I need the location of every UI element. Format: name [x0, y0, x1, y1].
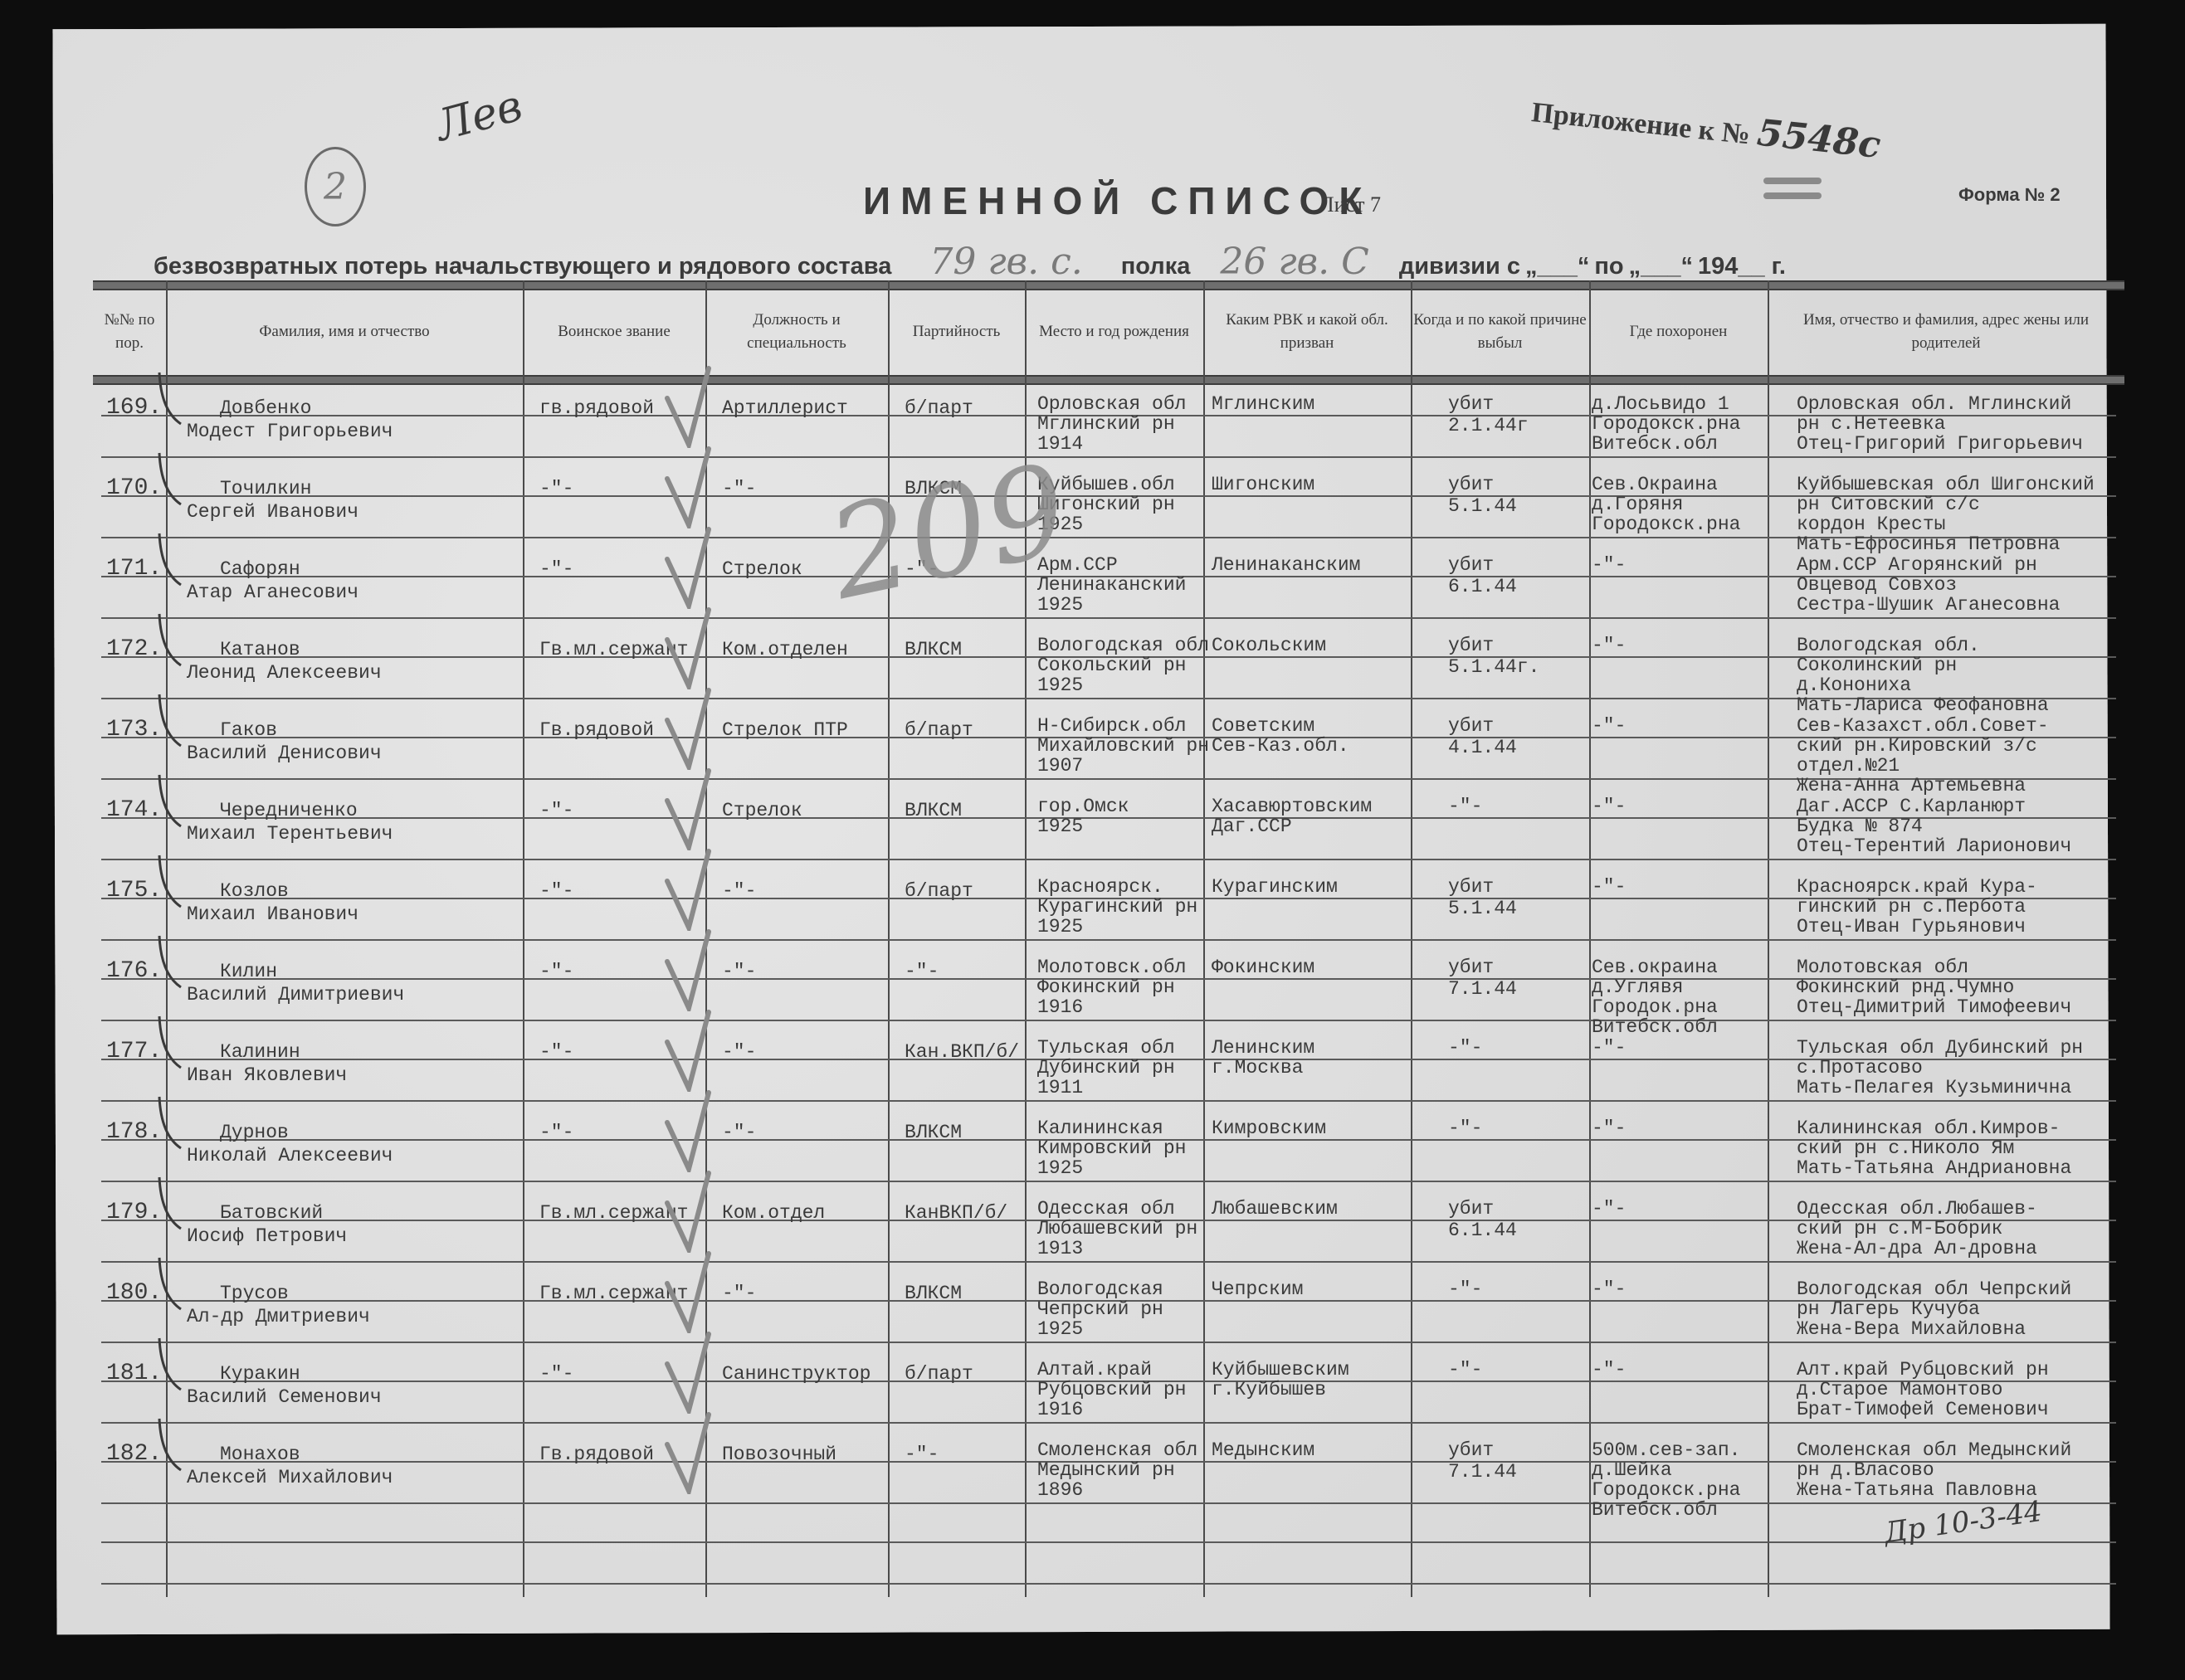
verification-check-mark [664, 848, 712, 931]
relatives-address-line: Соколинский рн [1797, 655, 1957, 675]
row-rule [101, 1502, 2116, 1504]
surname: Гаков [220, 720, 277, 740]
verification-check-mark [664, 526, 712, 609]
date-cause-line: -"- [1448, 1279, 1482, 1299]
given-names: Николай Алексеевич [187, 1146, 393, 1166]
row-rule [101, 1422, 2116, 1424]
surname: Довбенко [220, 398, 311, 418]
surname: Точилкин [220, 479, 311, 499]
relatives-address-line: рн с.Нетеевка [1797, 414, 1945, 434]
date-cause-line: убит [1448, 716, 1494, 736]
row-tick-mark [156, 1174, 189, 1232]
surname: Трусов [220, 1283, 289, 1303]
row-rule [101, 1342, 2116, 1343]
row-tick-mark [156, 369, 189, 427]
burial-place-line: д.Горяня [1592, 494, 1683, 514]
conscription-office-line: Даг.ССР [1212, 816, 1292, 836]
row-number: 177. [106, 1042, 162, 1062]
position: Стрелок [722, 801, 802, 821]
row-rule [101, 1541, 2116, 1543]
burial-place-line: -"- [1592, 716, 1626, 736]
relatives-address-line: д.Старое Мамонтово [1797, 1380, 2002, 1400]
burial-place-line: Сев.Окраина [1592, 475, 1718, 494]
military-rank: -"- [539, 881, 573, 901]
row-number: 179. [106, 1203, 162, 1223]
date-cause-line: убит [1448, 475, 1494, 494]
birth-place-line: 1896 [1037, 1480, 1083, 1500]
position: -"- [722, 1283, 756, 1303]
conscription-office-line: Мглинским [1212, 394, 1314, 414]
relatives-address-line: Сестра-Шушик Аганесовна [1797, 595, 2060, 615]
military-rank: -"- [539, 1042, 573, 1062]
verification-check-mark [664, 1089, 712, 1172]
birth-place-line: 1916 [1037, 997, 1083, 1017]
relatives-address-line: Калининская обл.Кимров- [1797, 1118, 2060, 1138]
given-names: Иосиф Петрович [187, 1226, 347, 1246]
row-number: 178. [106, 1122, 162, 1142]
burial-place-line: -"- [1592, 1360, 1626, 1380]
birth-place-line: 1916 [1037, 1400, 1083, 1419]
birth-place-line: Любашевский рн [1037, 1219, 1197, 1239]
column-header: Воинское звание [523, 289, 705, 375]
relatives-address-line: Мать-Ефросинья Петровна [1797, 534, 2060, 554]
date-cause-line: -"- [1448, 1118, 1482, 1138]
year: 194__ г. [1698, 253, 1786, 280]
conscription-office-line: Хасавюртовским [1212, 796, 1372, 816]
military-rank: -"- [539, 559, 573, 579]
birth-place-line: 1925 [1037, 917, 1083, 937]
position: Артиллерист [722, 398, 848, 418]
conscription-office-line: Шигонским [1212, 475, 1314, 494]
position: -"- [722, 962, 756, 981]
party-affiliation: ВЛКСМ [905, 1283, 962, 1303]
birth-place-line: Медынский рн [1037, 1460, 1175, 1480]
relatives-address-line: Даг.АССР С.Карланюрт [1797, 796, 2026, 816]
column-header: №№ по пор. [93, 289, 166, 375]
row-number: 173. [106, 720, 162, 740]
relatives-address-line: д.Конониха [1797, 675, 1911, 695]
position: Стрелок ПТР [722, 720, 848, 740]
verification-check-mark [664, 606, 712, 689]
date-cause-line: убит [1448, 957, 1494, 977]
surname: Килин [220, 962, 277, 981]
date-cause-line: 7.1.44 [1448, 1462, 1517, 1482]
burial-place-line: -"- [1592, 555, 1626, 575]
given-names: Алексей Михайлович [187, 1468, 393, 1488]
date-from: „___“ [1525, 253, 1589, 280]
birth-place-line: Кимровский рн [1037, 1138, 1186, 1158]
birth-place-line: Чепрский рн [1037, 1299, 1163, 1319]
subtitle-row: безвозвратных потерь начальствующего и р… [154, 241, 1786, 285]
burial-place-line: Витебск.обл [1592, 1017, 1718, 1037]
relatives-address-line: Отец-Терентий Ларионович [1797, 836, 2071, 856]
birth-place-line: Вологодская [1037, 1279, 1163, 1299]
relatives-address-line: Будка № 874 [1797, 816, 1923, 836]
military-rank: -"- [539, 1364, 573, 1384]
row-tick-mark [156, 933, 189, 991]
row-rule [101, 1583, 2116, 1585]
date-to: „___“ [1629, 253, 1693, 280]
relatives-address-line: Одесская обл.Любашев- [1797, 1199, 2037, 1219]
verification-check-mark [664, 446, 712, 528]
military-rank: гв.рядовой [539, 398, 654, 418]
verification-check-mark [664, 365, 712, 448]
relatives-address-line: ский рн с.М-Бобрик [1797, 1219, 2002, 1239]
date-cause-line: -"- [1448, 796, 1482, 816]
date-cause-line: 5.1.44г. [1448, 657, 1539, 677]
party-affiliation: б/парт [905, 720, 973, 740]
relatives-address-line: рн Ситовский с/с [1797, 494, 1980, 514]
date-cause-line: убит [1448, 635, 1494, 655]
birth-place-line: Орловская обл [1037, 394, 1186, 414]
burial-place-line: Городокск.рна [1592, 414, 1740, 434]
military-rank: Гв.рядовой [539, 720, 654, 740]
party-affiliation: ВЛКСМ [905, 640, 962, 660]
relatives-address-line: Овцевод Совхоз [1797, 575, 1957, 595]
relatives-address-line: с.Протасово [1797, 1058, 1923, 1078]
burial-place-line: -"- [1592, 1118, 1626, 1138]
row-rule [101, 617, 2116, 619]
given-names: Михаил Терентьевич [187, 824, 393, 844]
verification-check-mark [664, 1009, 712, 1092]
party-affiliation: б/парт [905, 398, 973, 418]
relatives-address-line: Алт.край Рубцовский рн [1797, 1360, 2049, 1380]
verification-check-mark [664, 1170, 712, 1253]
birth-place-line: Алтай.край [1037, 1360, 1152, 1380]
column-header: Партийность [888, 289, 1025, 375]
subtitle-prefix: безвозвратных потерь начальствующего и р… [154, 253, 891, 280]
birth-place-line: Одесская обл [1037, 1199, 1175, 1219]
position: -"- [722, 1042, 756, 1062]
birth-place-line: Смоленская обл [1037, 1440, 1197, 1460]
row-tick-mark [156, 530, 189, 588]
date-cause-line: 6.1.44 [1448, 1220, 1517, 1240]
verification-check-mark [664, 1331, 712, 1414]
burial-place-line: -"- [1592, 1038, 1626, 1058]
surname: Дурнов [220, 1122, 289, 1142]
surname: Катанов [220, 640, 300, 660]
birth-place-line: Тульская обл [1037, 1038, 1175, 1058]
column-header: Где похоронен [1589, 289, 1768, 375]
burial-place-line: -"- [1592, 1279, 1626, 1299]
relatives-address-line: Фокинский рнд.Чумно [1797, 977, 2014, 997]
surname: Монахов [220, 1444, 300, 1464]
row-number: 171. [106, 559, 162, 579]
relatives-address-line: Жена-Анна Артемьевна [1797, 776, 2026, 796]
military-rank: -"- [539, 1122, 573, 1142]
conscription-office-line: Сев-Каз.обл. [1212, 736, 1349, 756]
page-title: ИМЕННОЙ СПИСОК [863, 178, 1372, 223]
relatives-address-line: Мать-Пелагея Кузьминична [1797, 1078, 2071, 1098]
row-tick-mark [156, 1013, 189, 1071]
date-cause-line: 7.1.44 [1448, 979, 1517, 999]
birth-place-line: Вологодская обл [1037, 635, 1209, 655]
party-affiliation: -"- [905, 962, 939, 981]
birth-place-line: Фокинский рн [1037, 977, 1175, 997]
birth-place-line: Сокольский рн [1037, 655, 1186, 675]
relatives-address-line: Арм.ССР Агорянский рн [1797, 555, 2037, 575]
relatives-address-line: ский рн с.Николо Ям [1797, 1138, 2014, 1158]
position: Ком.отдел [722, 1203, 825, 1223]
relatives-address-line: Отец-Иван Гурьянович [1797, 917, 2026, 937]
position: -"- [722, 479, 756, 499]
given-names: Василий Семенович [187, 1387, 382, 1407]
birth-place-line: 1913 [1037, 1239, 1083, 1259]
birth-place-line: 1925 [1037, 675, 1083, 695]
sheet-number: Лист 7 [1319, 192, 1381, 217]
conscription-office-line: Чепрским [1212, 1279, 1303, 1299]
relatives-address-line: гинский рн с.Пербота [1797, 897, 2026, 917]
date-cause-line: -"- [1448, 1360, 1482, 1380]
relatives-address-line: Орловская обл. Мглинский [1797, 394, 2071, 414]
surname: Чередниченко [220, 801, 358, 821]
burial-place-line: д.Шейка [1592, 1460, 1672, 1480]
column-header: Каким РВК и какой обл. призван [1203, 289, 1411, 375]
conscription-office-line: Медынским [1212, 1440, 1314, 1460]
verification-check-mark [664, 1250, 712, 1333]
surname: Куракин [220, 1364, 300, 1384]
relatives-address-line: Мать-Татьяна Андриановна [1797, 1158, 2071, 1178]
relatives-address-line: Сев-Казахст.обл.Совет- [1797, 716, 2049, 736]
burial-place-line: Витебск.обл [1592, 434, 1718, 454]
regiment-label: полка [1121, 253, 1191, 280]
birth-place-line: Красноярск. [1037, 877, 1163, 897]
burial-place-line: Городокск.рна [1592, 1480, 1740, 1500]
burial-place-line: Витебск.обл [1592, 1500, 1718, 1520]
party-affiliation: ВЛКСМ [905, 1122, 962, 1142]
conscription-office-line: Советским [1212, 716, 1314, 736]
row-tick-mark [156, 772, 189, 830]
party-affiliation: б/парт [905, 1364, 973, 1384]
conscription-office-line: Любашевским [1212, 1199, 1338, 1219]
row-rule [101, 939, 2116, 941]
conscription-office-line: Сокольским [1212, 635, 1326, 655]
date-cause-line: 5.1.44 [1448, 898, 1517, 918]
verification-check-mark [664, 767, 712, 850]
birth-place-line: Курагинский рн [1037, 897, 1197, 917]
row-tick-mark [156, 691, 189, 749]
birth-place-line: Н-Сибирск.обл [1037, 716, 1186, 736]
row-number: 170. [106, 479, 162, 499]
date-to-label: по [1594, 253, 1623, 280]
row-rule [101, 1181, 2116, 1182]
birth-place-line: 1925 [1037, 595, 1083, 615]
burial-place-line: д.Углявя [1592, 977, 1683, 997]
relatives-address-line: отдел.№21 [1797, 756, 1900, 776]
conscription-office-line: г.Москва [1212, 1058, 1303, 1078]
relatives-address-line: ский рн.Кировский з/с [1797, 736, 2037, 756]
row-rule [101, 1100, 2116, 1102]
verification-check-mark [664, 928, 712, 1011]
relatives-address-line: Мать-Лариса Феофановна [1797, 695, 2049, 715]
given-names: Михаил Иванович [187, 904, 358, 924]
birth-place-line: Молотовск.обл [1037, 957, 1186, 977]
row-rule [101, 859, 2116, 860]
conscription-office-line: Курагинским [1212, 877, 1338, 897]
relatives-address-line: Тульская обл Дубинский рн [1797, 1038, 2083, 1058]
date-cause-line: убит [1448, 877, 1494, 897]
conscription-office-line: Куйбышевским [1212, 1360, 1349, 1380]
relatives-address-line: Куйбышевская обл Шигонский [1797, 475, 2095, 494]
relatives-address-line: Жена-Ал-дра Ал-дровна [1797, 1239, 2037, 1259]
division-number: 26 гв. С [1195, 241, 1393, 285]
given-names: Атар Аганесович [187, 582, 358, 602]
relatives-address-line: Брат-Тимофей Семенович [1797, 1400, 2049, 1419]
birth-place-line: 1907 [1037, 756, 1083, 776]
row-number: 182. [106, 1444, 162, 1464]
surname: Козлов [220, 881, 289, 901]
party-affiliation: Кан.ВКП/б/ [905, 1042, 1019, 1062]
surname: Сафорян [220, 559, 300, 579]
birth-place-line: Дубинский рн [1037, 1058, 1175, 1078]
column-header: Имя, отчество и фамилия, адрес жены или … [1768, 289, 2124, 375]
row-number: 176. [106, 962, 162, 981]
date-cause-line: убит [1448, 394, 1494, 414]
relatives-address-line: Вологодская обл Чепрский [1797, 1279, 2071, 1299]
military-rank: Гв.рядовой [539, 1444, 654, 1464]
position: Санинструктор [722, 1364, 871, 1384]
position: Стрелок [722, 559, 802, 579]
row-tick-mark [156, 450, 189, 508]
date-cause-line: 4.1.44 [1448, 738, 1517, 757]
military-rank: -"- [539, 479, 573, 499]
conscription-office-line: Ленинским [1212, 1038, 1314, 1058]
given-names: Леонид Алексеевич [187, 663, 382, 683]
position: Ком.отделен [722, 640, 848, 660]
row-tick-mark [156, 852, 189, 910]
relatives-address-line: рн д.Власово [1797, 1460, 1934, 1480]
given-names: Василий Димитриевич [187, 985, 404, 1005]
conscription-office-line: Фокинским [1212, 957, 1314, 977]
conscription-office-line: Кимровским [1212, 1118, 1326, 1138]
date-cause-line: 5.1.44 [1448, 496, 1517, 516]
relatives-address-line: Отец-Димитрий Тимофеевич [1797, 997, 2071, 1017]
row-rule [101, 1261, 2116, 1263]
position: -"- [722, 881, 756, 901]
burial-place-line: -"- [1592, 877, 1626, 897]
birth-place-line: 1925 [1037, 1319, 1083, 1339]
given-names: Василий Денисович [187, 743, 382, 763]
birth-place-line: гор.Омск [1037, 796, 1129, 816]
birth-place-line: 1925 [1037, 816, 1083, 836]
row-rule [101, 456, 2116, 458]
burial-place-line: 500м.сев-зап. [1592, 1440, 1740, 1460]
birth-place-line: Калининская [1037, 1118, 1163, 1138]
header-bottom-rule [93, 375, 2124, 385]
position: Повозочный [722, 1444, 836, 1464]
relatives-address-line: Жена-Вера Михайловна [1797, 1319, 2026, 1339]
birth-place-line: 1925 [1037, 1158, 1083, 1178]
birth-place-line: Мглинский рн [1037, 414, 1175, 434]
regiment-number: 79 гв. с. [896, 241, 1115, 285]
row-tick-mark [156, 1254, 189, 1312]
relatives-address-line: Вологодская обл. [1797, 635, 1980, 655]
position: -"- [722, 1122, 756, 1142]
date-cause-line: 6.1.44 [1448, 577, 1517, 597]
birth-place-line: Рубцовский рн [1037, 1380, 1186, 1400]
row-tick-mark [156, 1335, 189, 1393]
burial-place-line: д.Лосьвидо 1 [1592, 394, 1729, 414]
military-rank: -"- [539, 801, 573, 821]
form-number: Форма № 2 [1958, 184, 2061, 206]
given-names: Модест Григорьевич [187, 421, 393, 441]
circled-mark: 2 [305, 147, 366, 226]
surname: Батовский [220, 1203, 323, 1223]
party-affiliation: б/парт [905, 881, 973, 901]
row-tick-mark [156, 1415, 189, 1473]
birth-place-line: Михайловский рн [1037, 736, 1209, 756]
date-cause-line: убит [1448, 1440, 1494, 1460]
given-names: Ал-др Дмитриевич [187, 1307, 370, 1327]
given-names: Сергей Иванович [187, 502, 358, 522]
relatives-address-line: кордон Кресты [1797, 514, 1945, 534]
relatives-address-line: Смоленская обл Медынский [1797, 1440, 2071, 1460]
burial-place-line: -"- [1592, 1199, 1626, 1219]
burial-place-line: -"- [1592, 635, 1626, 655]
circled-mark-value: 2 [324, 166, 347, 208]
party-affiliation: -"- [905, 1444, 939, 1464]
burial-place-line: Городок.рна [1592, 997, 1718, 1017]
date-cause-line: 2.1.44г [1448, 416, 1529, 436]
date-cause-line: убит [1448, 1199, 1494, 1219]
column-header: Место и год рождения [1025, 289, 1203, 375]
relatives-address-line: рн Лагерь Кучуба [1797, 1299, 1980, 1319]
given-names: Иван Яковлевич [187, 1065, 347, 1085]
burial-place-line: -"- [1592, 796, 1626, 816]
column-header: Фамилия, имя и отчество [166, 289, 523, 375]
column-header: Должность и специальность [705, 289, 888, 375]
date-cause-line: -"- [1448, 1038, 1482, 1058]
row-number: 181. [106, 1364, 162, 1384]
verification-check-mark [664, 687, 712, 770]
military-rank: -"- [539, 962, 573, 981]
row-rule [101, 1020, 2116, 1021]
surname: Калинин [220, 1042, 300, 1062]
verification-check-mark [664, 1411, 712, 1494]
row-number: 174. [106, 801, 162, 821]
pencil-strike-marks [1763, 174, 1822, 207]
division-label: дивизии с [1399, 253, 1520, 280]
conscription-office-line: Ленинаканским [1212, 555, 1360, 575]
date-cause-line: убит [1448, 555, 1494, 575]
row-tick-mark [156, 611, 189, 669]
burial-place-line: Городокск.рна [1592, 514, 1740, 534]
birth-place-line: 1911 [1037, 1078, 1083, 1098]
party-affiliation: КанВКП/б/ [905, 1203, 1007, 1223]
row-tick-mark [156, 1093, 189, 1152]
relatives-address-line: Красноярск.край Кура- [1797, 877, 2037, 897]
relatives-address-line: Молотовская обл [1797, 957, 1968, 977]
row-number: 172. [106, 640, 162, 660]
relatives-address-line: Отец-Григорий Григорьевич [1797, 434, 2083, 454]
column-header: Когда и по какой причине выбыл [1411, 289, 1589, 375]
party-affiliation: ВЛКСМ [905, 801, 962, 821]
burial-place-line: Сев.окраина [1592, 957, 1718, 977]
row-number: 169. [106, 398, 162, 418]
conscription-office-line: г.Куйбышев [1212, 1380, 1326, 1400]
row-number: 180. [106, 1283, 162, 1303]
relatives-address-line: Жена-Татьяна Павловна [1797, 1480, 2037, 1500]
row-number: 175. [106, 881, 162, 901]
